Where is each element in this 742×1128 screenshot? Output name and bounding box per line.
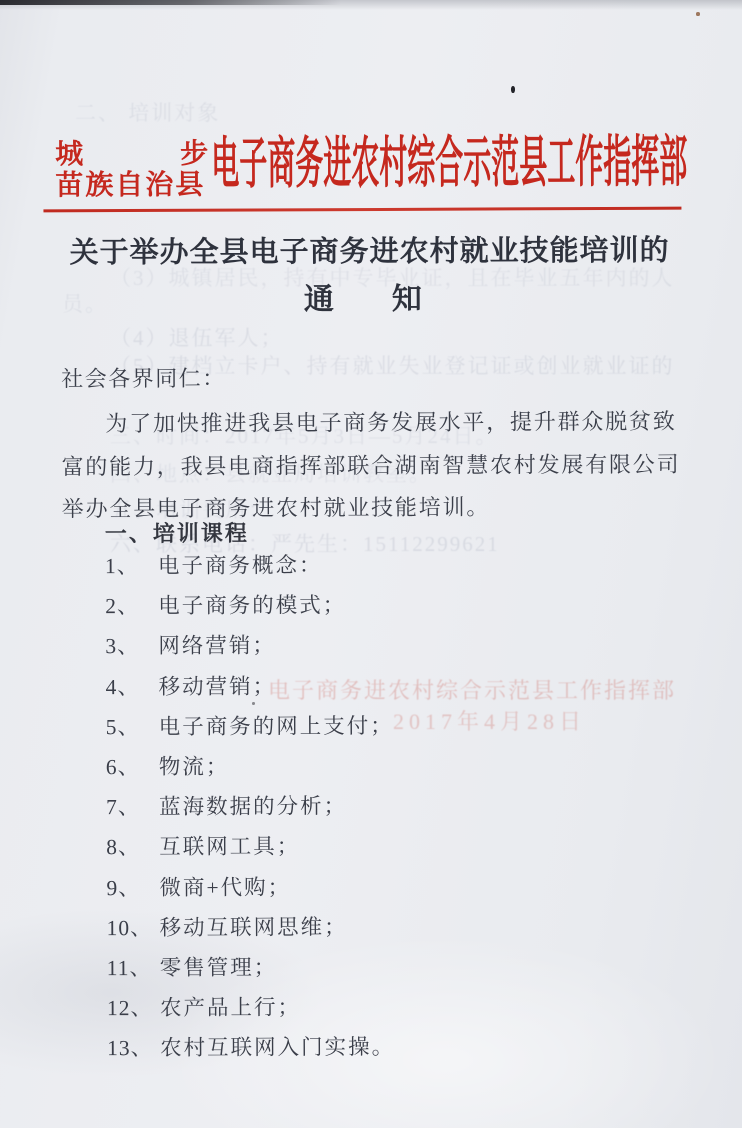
course-label: 物流；	[159, 750, 230, 781]
salutation: 社会各界同仁：	[61, 362, 226, 394]
course-number: 5、	[106, 710, 159, 741]
body-paragraph: 为了加快推进我县电子商务发展水平，提升群众脱贫致 富的能力，我县电商指挥部联合湖…	[61, 401, 692, 531]
org-char-cheng: 城	[55, 138, 83, 169]
course-number: 1、	[105, 549, 158, 580]
course-item: 10、 移动互联网思维；	[107, 910, 395, 951]
course-number: 9、	[106, 870, 159, 901]
document-content: 城 步 苗族自治县 电子商务进农村综合示范县工作指挥部 关于举办全县电子商务进农…	[0, 0, 742, 1128]
course-label: 互联网工具；	[159, 830, 300, 862]
org-name-small-line1: 城 步	[55, 138, 208, 170]
org-char-bu: 步	[180, 138, 208, 169]
course-number: 4、	[105, 669, 158, 700]
section-heading-training-courses: 一、培训课程	[105, 517, 249, 549]
course-number: 7、	[106, 790, 159, 821]
course-label: 农产品上行；	[160, 990, 301, 1022]
course-label: 移动营销；	[158, 669, 276, 701]
course-item: 1、 电子商务概念：	[105, 548, 393, 589]
course-item: 5、 电子商务的网上支付；	[106, 709, 394, 750]
org-name-small: 城 步 苗族自治县	[55, 138, 208, 201]
course-label: 网络营销；	[158, 629, 276, 661]
scan-speck	[511, 86, 515, 93]
course-number: 12、	[107, 991, 160, 1022]
scanned-notice-page: 二、 培训对象 （3）城镇居民，持有中专毕业证，且在毕业五年内的人 员。 （4）…	[0, 0, 742, 1128]
org-name-main: 电子商务进农村综合示范县工作指挥部	[211, 130, 687, 196]
scan-speck	[252, 702, 255, 705]
course-item: 6、 物流；	[106, 749, 394, 790]
course-number: 3、	[105, 629, 158, 660]
course-list: 1、 电子商务概念： 2、 电子商务的模式； 3、 网络营销； 4、 移动营销；…	[105, 548, 395, 1072]
course-label: 移动互联网思维；	[160, 910, 348, 942]
course-item: 7、 蓝海数据的分析；	[106, 789, 394, 830]
red-divider	[43, 207, 681, 213]
course-label: 微商+代购；	[159, 870, 291, 902]
course-item: 4、 移动营销；	[105, 668, 393, 709]
scan-speck	[696, 12, 700, 16]
course-item: 8、 互联网工具；	[106, 829, 394, 870]
course-label: 电子商务概念：	[158, 548, 323, 580]
course-number: 10、	[107, 911, 160, 942]
course-number: 8、	[106, 830, 159, 861]
scan-edge-dark-strip	[0, 0, 341, 5]
course-item: 13、 农村互联网入门实操。	[107, 1030, 395, 1071]
course-number: 11、	[107, 951, 160, 982]
paragraph-line: 富的能力，我县电商指挥部联合湖南智慧农村发展有限公司	[61, 443, 691, 488]
course-label: 农村互联网入门实操。	[160, 1030, 395, 1062]
course-label: 蓝海数据的分析；	[159, 789, 347, 821]
paragraph-line: 为了加快推进我县电子商务发展水平，提升群众脱贫致	[61, 401, 691, 446]
course-item: 9、 微商+代购；	[106, 869, 394, 910]
course-item: 2、 电子商务的模式；	[105, 588, 393, 629]
org-name-small-line2: 苗族自治县	[55, 169, 208, 201]
doc-title-line1: 关于举办全县电子商务进农村就业技能培训的	[0, 227, 741, 271]
course-item: 12、 农产品上行；	[107, 990, 395, 1031]
course-label: 电子商务的模式；	[158, 588, 346, 620]
doc-title-line2: 通 知	[0, 272, 741, 319]
course-number: 6、	[106, 750, 159, 781]
course-item: 3、 网络营销；	[105, 628, 393, 669]
course-label: 零售管理；	[160, 950, 278, 982]
course-number: 2、	[105, 589, 158, 620]
course-number: 13、	[107, 1031, 160, 1062]
course-item: 11、 零售管理；	[107, 950, 395, 991]
course-label: 电子商务的网上支付；	[159, 709, 394, 741]
